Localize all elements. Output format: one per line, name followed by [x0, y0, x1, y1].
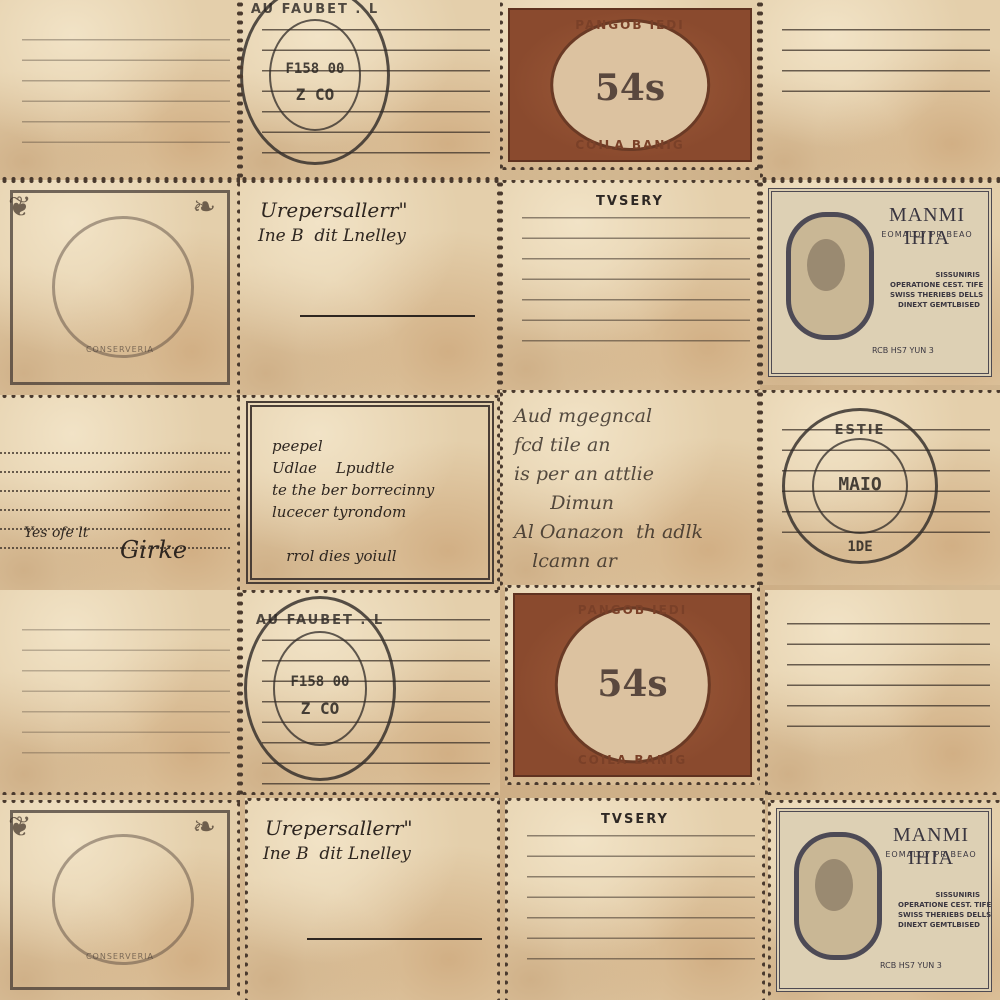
stamp-footer: RCB HS7 YUN 3: [880, 961, 942, 970]
perforation: [500, 390, 504, 590]
ruled-lines: [22, 20, 230, 150]
stamp-subtitle: EOMALOY PR BEAO: [872, 230, 982, 239]
stamp-bottom-text: COILA BANIG: [510, 138, 750, 152]
portrait-oval: [52, 216, 195, 358]
perforation: [505, 781, 760, 785]
framed-handwriting: peepel Udlae Lpudtle te the ber borrecin…: [272, 435, 434, 567]
perforation: [760, 180, 1000, 184]
perforation: [505, 798, 509, 1000]
tile-postmark-r1c2: AU FAUBET . L F158 00 Z CO: [240, 0, 500, 180]
script-handwriting: Aud mgegncal fcd tile an is per an attli…: [514, 402, 703, 576]
tile-grey-stamp-r5c4: MANMI IHIA EOMALOY PR BEAO SISSUNIRIS OP…: [768, 800, 1000, 1000]
stamp-footer: RCB HS7 YUN 3: [872, 346, 934, 355]
stamp-top-text: PANGOB IEDI: [515, 603, 750, 617]
stamp-value: 54s: [515, 663, 750, 705]
handwriting-line-2: Ine B dit Lnelley: [263, 844, 411, 865]
brown-postage-stamp: PANGOB IEDI 54s COILA BANIG: [508, 8, 752, 162]
perforation: [760, 390, 1000, 394]
perforation: [500, 0, 504, 170]
perforation: [0, 395, 240, 399]
tile-framed-note-r3c2: peepel Udlae Lpudtle te the ber borrecin…: [240, 395, 500, 590]
perforation: [0, 180, 240, 184]
tile-ruled-card-r4c4: [765, 590, 1000, 795]
corner-flourish-icon: ❦: [8, 810, 31, 843]
perforation: [496, 798, 500, 1000]
ruled-lines: [782, 10, 990, 110]
signature-rule: [307, 938, 482, 940]
perforation: [0, 800, 240, 804]
perforation: [236, 800, 240, 1000]
portrait-band-text: CONSERVERIA: [67, 345, 174, 359]
ruled-lines: [22, 610, 230, 760]
tile-postcard-r5c3: TVSERY: [505, 798, 765, 1000]
perforation: [765, 590, 769, 795]
stamp-subtitle: EOMALOY PR BEAO: [880, 850, 982, 859]
perforation: [505, 585, 760, 589]
corner-flourish-icon: ❧: [193, 190, 216, 223]
perforation: [505, 798, 765, 802]
postmark-center-text: MAIO: [785, 474, 935, 495]
stamp-portrait-frame: [794, 832, 882, 960]
portrait-band-text: CONSERVERIA: [67, 952, 174, 966]
postmark-code-line: Z CO: [243, 85, 387, 104]
perforation: [760, 390, 764, 585]
postmark-ring-text: AU FAUBET . L: [243, 2, 387, 17]
stamp-bottom-text: COILA BANIG: [515, 753, 750, 767]
tile-brown-stamp-r1c3: PANGOB IEDI 54s COILA BANIG: [500, 0, 760, 170]
circular-postmark: ESTIE MAIO 1DE: [782, 408, 938, 564]
tile-brown-stamp-r4c3: PANGOB IEDI 54s COILA BANIG: [505, 585, 760, 785]
dotted-lines: [0, 435, 230, 565]
perforation: [240, 180, 500, 184]
tile-postcard-r2c3: TVSERY: [500, 180, 760, 390]
postmark-date-line: F158 00: [247, 674, 393, 690]
perforation: [500, 180, 504, 390]
grey-portrait-stamp: MANMI IHIA EOMALOY PR BEAO SISSUNIRIS OP…: [776, 808, 992, 992]
postmark-date-line: F158 00: [243, 61, 387, 77]
perforation: [240, 791, 500, 795]
ruled-lines: [522, 198, 750, 348]
perforation: [245, 798, 249, 1000]
postmark-stamp: AU FAUBET . L F158 00 Z CO: [244, 596, 396, 781]
tile-faded-ledger-r4c1: [0, 590, 240, 795]
corner-flourish-icon: ❦: [8, 190, 31, 223]
portrait-oval: [52, 834, 195, 965]
handwriting-line-1: Urepersallerr": [260, 198, 408, 223]
perforation: [760, 0, 764, 180]
postmark-ring-text: AU FAUBET . L: [247, 613, 393, 628]
stamp-body-text: SISSUNIRIS OPERATIONE CEST. TIFE SWISS T…: [890, 270, 980, 310]
tile-ruled-signed-r3c1: Yes ofe lt Girke: [0, 395, 240, 590]
perforation: [760, 180, 764, 385]
tile-handwritten-card-r5c2: Urepersallerr" Ine B dit Lnelley: [245, 798, 500, 1000]
tile-postmark-card-r3c4: ESTIE MAIO 1DE: [760, 390, 1000, 585]
portrait-face: [807, 239, 845, 291]
perforation: [240, 590, 500, 594]
stamp-body-text: SISSUNIRIS OPERATIONE CEST. TIFE SWISS T…: [898, 890, 980, 930]
postmark-ring-text: ESTIE: [785, 423, 935, 438]
stamp-title: MANMI IHIA: [880, 824, 982, 870]
handwriting-line-1: Urepersallerr": [265, 816, 413, 841]
brown-postage-stamp: PANGOB IEDI 54s COILA BANIG: [513, 593, 752, 777]
stamp-value: 54s: [510, 67, 750, 109]
stamp-top-text: PANGOB IEDI: [510, 18, 750, 32]
tile-script-note-r3c3: Aud mgegncal fcd tile an is per an attli…: [500, 390, 760, 590]
tile-postmark-r4c2: AU FAUBET . L F158 00 Z CO: [240, 590, 500, 795]
tile-faded-portrait-r2c1: CONSERVERIA ❦ ❧: [0, 180, 240, 395]
grey-portrait-stamp: MANMI IHIA EOMALOY PR BEAO SISSUNIRIS OP…: [768, 188, 992, 377]
perforation: [240, 395, 500, 399]
perforation: [500, 180, 760, 184]
corner-flourish-icon: ❧: [193, 810, 216, 843]
perforation: [768, 800, 1000, 804]
tile-grey-stamp-r2c4: MANMI IHIA EOMALOY PR BEAO SISSUNIRIS OP…: [760, 180, 1000, 385]
handwriting-line-2: Ine B dit Lnelley: [258, 226, 406, 247]
signature: Girke: [120, 535, 187, 565]
signature-rule: [300, 315, 475, 317]
perforation: [245, 798, 500, 802]
tile-faded-portrait-r5c1: CONSERVERIA ❦ ❧: [0, 800, 240, 1000]
tile-faded-ledger-r1c1: [0, 0, 240, 180]
perforation: [0, 791, 240, 795]
handwriting-note: Yes ofe lt: [24, 525, 88, 543]
stamp-portrait-frame: [786, 212, 874, 340]
perforation: [500, 390, 760, 394]
perforation: [761, 798, 765, 1000]
perforation: [505, 585, 509, 785]
postmark-code-line: Z CO: [247, 699, 393, 718]
ruled-lines: [787, 604, 990, 730]
portrait-face: [815, 859, 853, 911]
postmark-bottom-text: 1DE: [785, 539, 935, 555]
perforation: [756, 585, 760, 785]
perforation: [500, 166, 760, 170]
stamp-title: MANMI IHIA: [872, 204, 982, 250]
perforation: [765, 791, 1000, 795]
tile-ruled-card-r1c4: [760, 0, 1000, 180]
perforation: [768, 800, 772, 1000]
tile-handwritten-card-r2c2: Urepersallerr" Ine B dit Lnelley: [240, 180, 500, 395]
ruled-lines: [527, 816, 755, 976]
